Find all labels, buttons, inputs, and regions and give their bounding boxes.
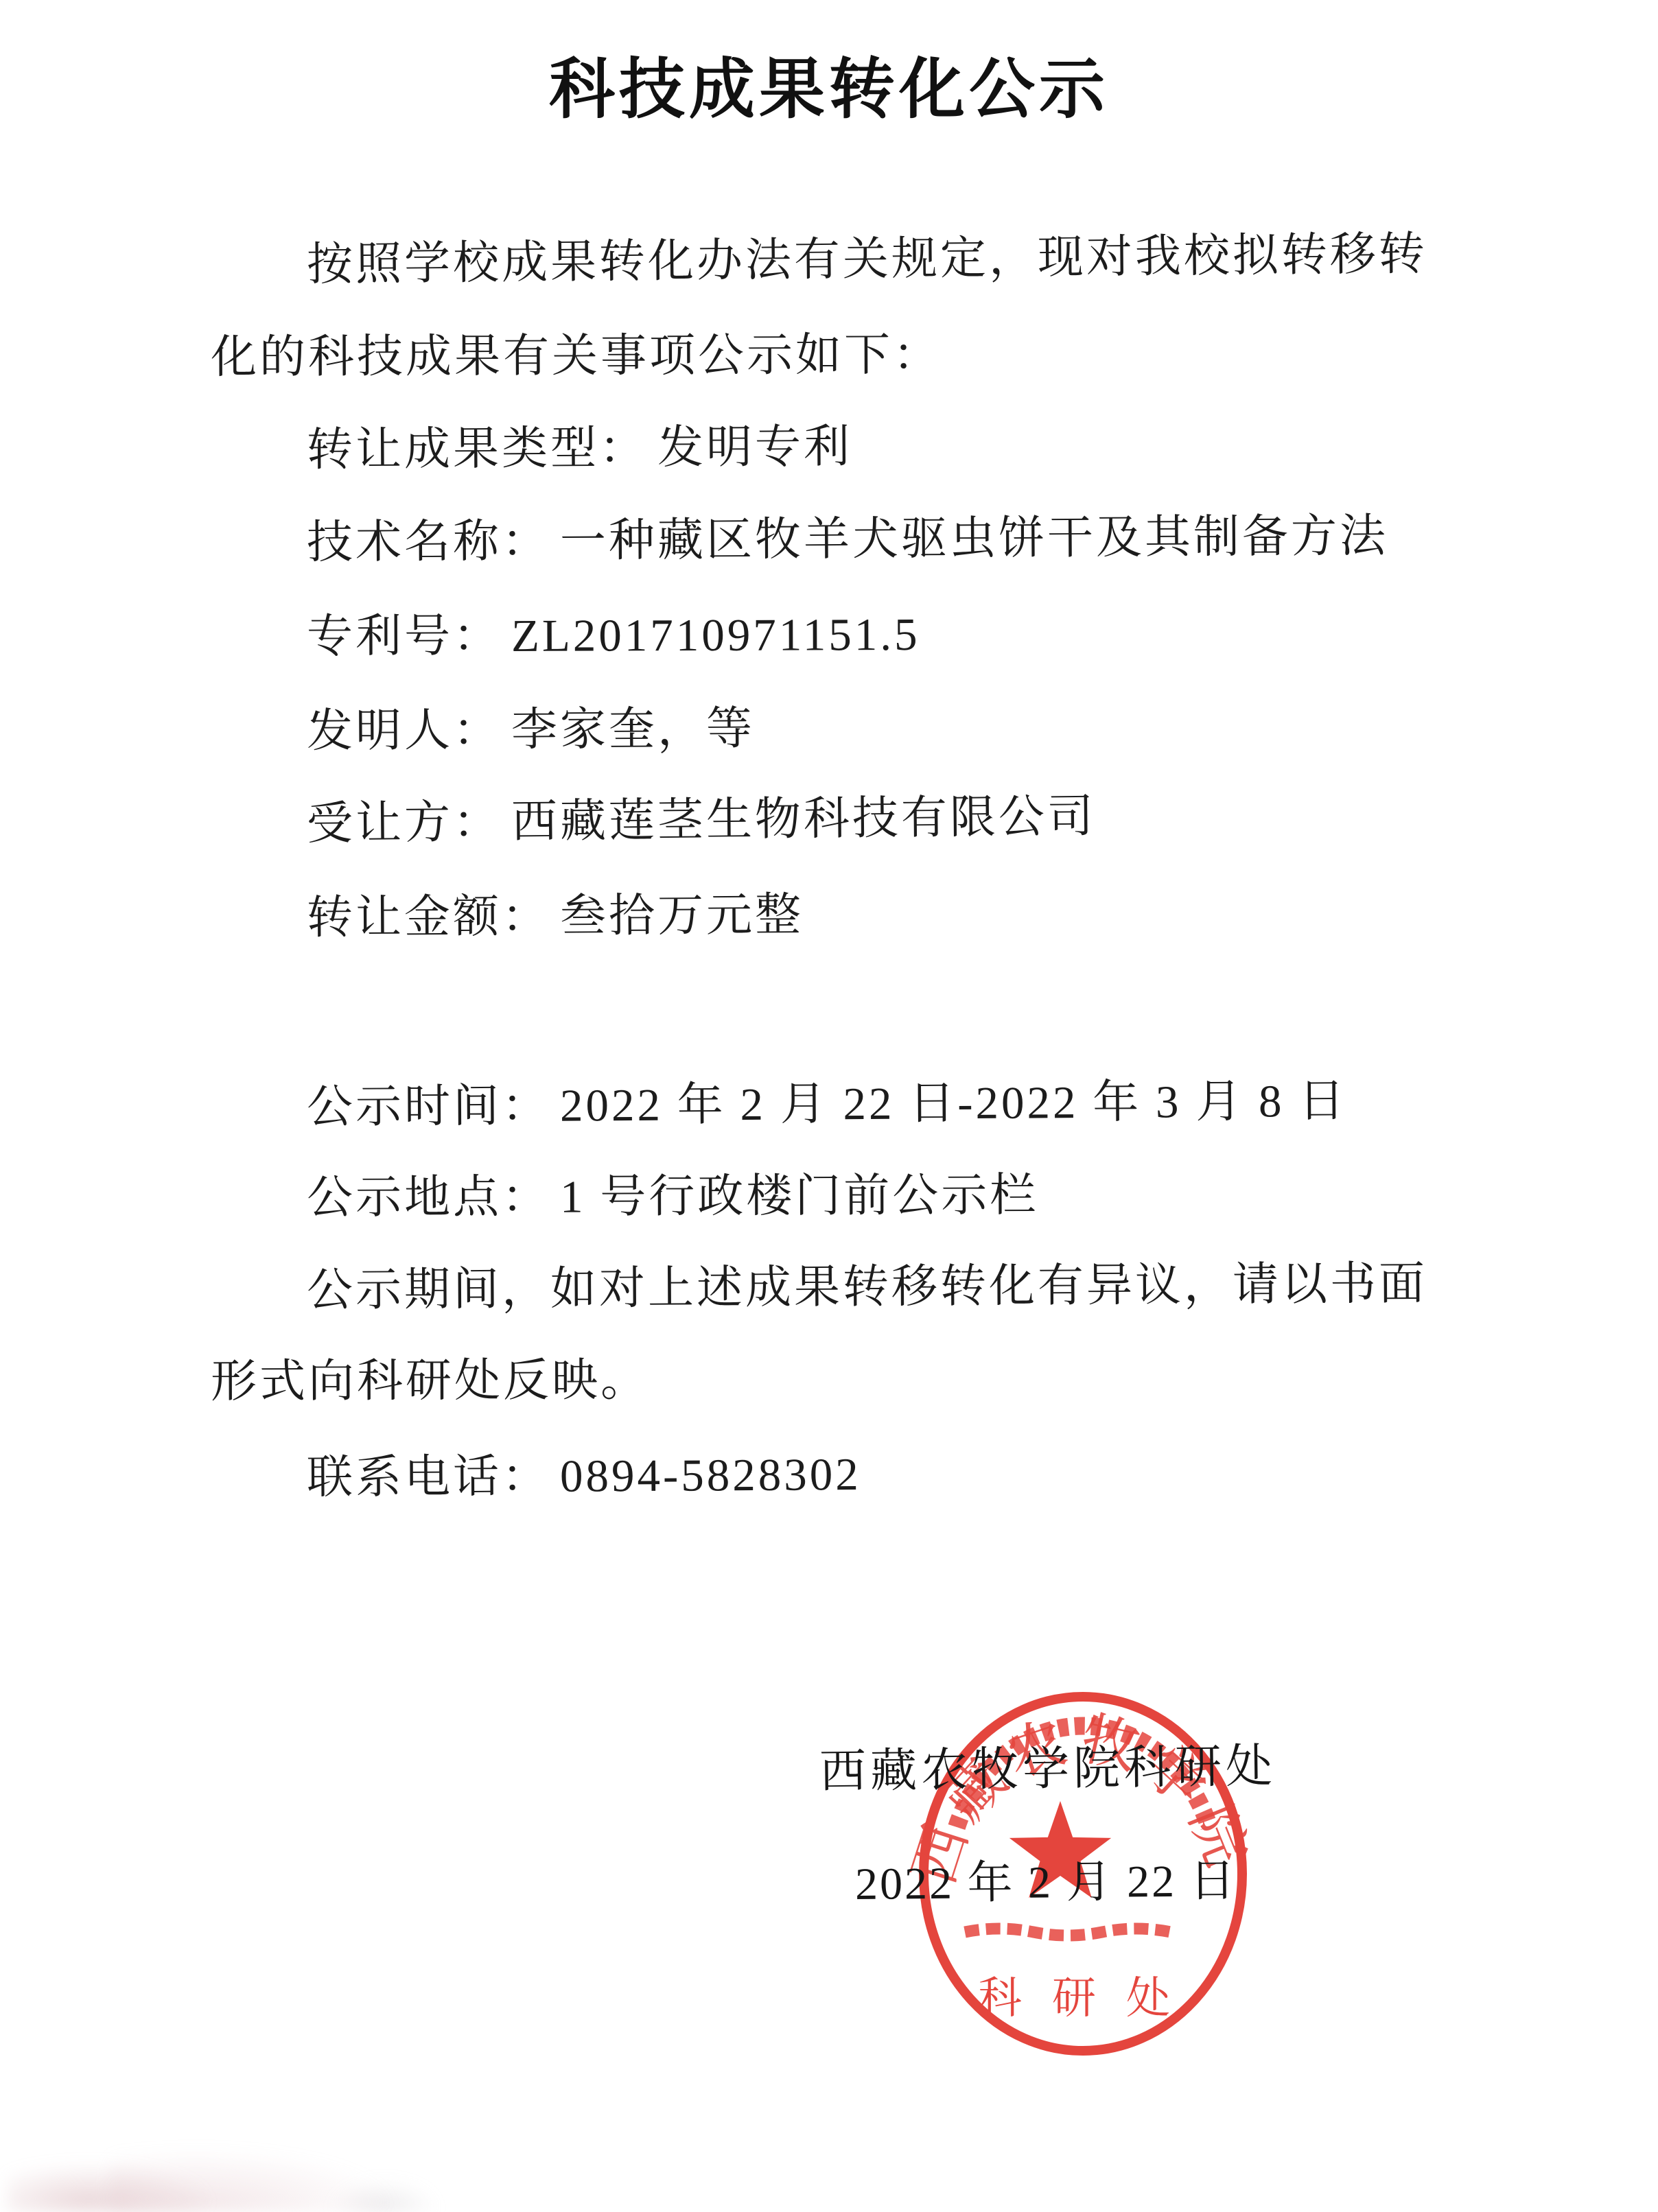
field-publicity-place: 公示地点：1 号行政楼门前公示栏	[307, 1169, 1039, 1225]
field-result-type-value: 发明专利	[657, 421, 852, 473]
field-contact-phone: 联系电话：0894-5828302	[307, 1448, 861, 1505]
field-publicity-place-value: 1 号行政楼门前公示栏	[560, 1170, 1039, 1222]
tibetan-script-middle-line	[965, 1929, 1171, 1935]
signature-date: 2022 年 2 月 22 日	[855, 1844, 1237, 1912]
field-assignee: 受让方：西藏莲茎生物科技有限公司	[307, 790, 1097, 851]
seal-department-text: 科研处	[978, 1974, 1200, 2023]
field-inventor-value: 李家奎，等	[511, 703, 755, 755]
objection-line-1: 公示期间，如对上述成果转移转化有异议，请以书面	[307, 1258, 1427, 1317]
field-transfer-amount-label: 转让金额：	[307, 891, 550, 943]
intro-line-2: 化的科技成果有关事项公示如下：	[211, 329, 942, 384]
scan-smudge	[329, 2178, 439, 2212]
field-tech-name-value: 一种藏区牧羊犬驱虫饼干及其制备方法	[560, 510, 1388, 566]
objection-line-2: 形式向科研处反映。	[211, 1354, 649, 1409]
field-transfer-amount-value: 叁拾万元整	[560, 890, 804, 942]
intro-line-1: 按照学校成果转化办法有关规定，现对我校拟转移转	[307, 228, 1428, 292]
field-publicity-period-value: 2022 年 2 月 22 日-2022 年 3 月 8 日	[560, 1076, 1348, 1131]
field-patent-number-value: ZL201710971151.5	[511, 609, 920, 661]
field-inventor: 发明人：李家奎，等	[307, 703, 755, 758]
field-tech-name: 技术名称：一种藏区牧羊犬驱虫饼干及其制备方法	[307, 510, 1388, 569]
field-tech-name-label: 技术名称：	[307, 516, 550, 568]
field-contact-phone-value: 0894-5828302	[560, 1449, 861, 1502]
field-inventor-label: 发明人：	[307, 705, 502, 757]
field-publicity-period-label: 公示时间：	[307, 1081, 550, 1133]
field-patent-number-label: 专利号：	[307, 611, 502, 662]
page-title: 科技成果转化公示	[0, 54, 1658, 126]
document-page: 科技成果转化公示 按照学校成果转化办法有关规定，现对我校拟转移转 化的科技成果有…	[0, 0, 1658, 2212]
field-result-type: 转让成果类型：发明专利	[307, 421, 852, 477]
field-publicity-period: 公示时间：2022 年 2 月 22 日-2022 年 3 月 8 日	[307, 1075, 1348, 1134]
field-contact-phone-label: 联系电话：	[307, 1451, 550, 1503]
signature-department: 西藏农牧学院科研处	[819, 1729, 1276, 1801]
field-result-type-label: 转让成果类型：	[307, 423, 648, 475]
field-transfer-amount: 转让金额：叁拾万元整	[307, 889, 804, 945]
field-assignee-value: 西藏莲茎生物科技有限公司	[511, 791, 1097, 847]
field-publicity-place-label: 公示地点：	[307, 1172, 550, 1223]
field-assignee-label: 受让方：	[307, 797, 502, 849]
field-patent-number: 专利号：ZL201710971151.5	[307, 609, 920, 663]
